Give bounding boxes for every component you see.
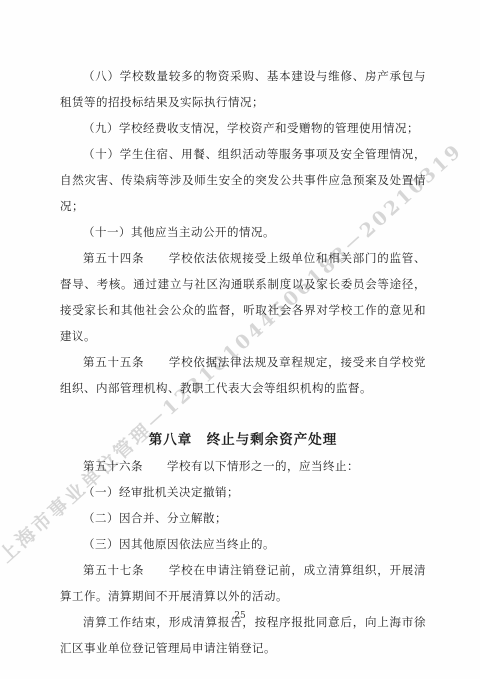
paragraph-item-11: （十一）其他应当主动公开的情况。 (60, 219, 426, 245)
paragraph-item-3: （三）因其他原因依法应当终止的。 (60, 531, 426, 557)
paragraph-item-9: （九）学校经费收支情况，学校资产和受赠物的管理使用情况； (60, 115, 426, 141)
paragraph-article-56: 第五十六条 学校有以下情形之一的，应当终止： (60, 453, 426, 479)
document-page: 上海市事业单位管理－123101044506188－20210319 （八）学校… (0, 0, 480, 679)
document-body: （八）学校数量较多的物资采购、基本建设与维修、房产承包与租赁等的招投标结果及实际… (60, 63, 426, 661)
page-number: 25 (0, 611, 480, 621)
paragraph-item-1: （一）经审批机关决定撤销； (60, 479, 426, 505)
paragraph-article-54: 第五十四条 学校依法依规接受上级单位和相关部门的监管、督导、考核。通过建立与社区… (60, 245, 426, 349)
paragraph-article-55: 第五十五条 学校依据法律法规及章程规定，接受来自学校党组织、内部管理机构、教职工… (60, 349, 426, 401)
chapter-heading: 第八章 终止与剩余资产处理 (60, 427, 426, 453)
paragraph-item-8: （八）学校数量较多的物资采购、基本建设与维修、房产承包与租赁等的招投标结果及实际… (60, 63, 426, 115)
paragraph-item-2: （二）因合并、分立解散； (60, 505, 426, 531)
paragraph-article-57: 第五十七条 学校在申请注销登记前，成立清算组织，开展清算工作。清算期间不开展清算… (60, 557, 426, 609)
paragraph-item-10: （十）学生住宿、用餐、组织活动等服务事项及安全管理情况，自然灾害、传染病等涉及师… (60, 141, 426, 219)
